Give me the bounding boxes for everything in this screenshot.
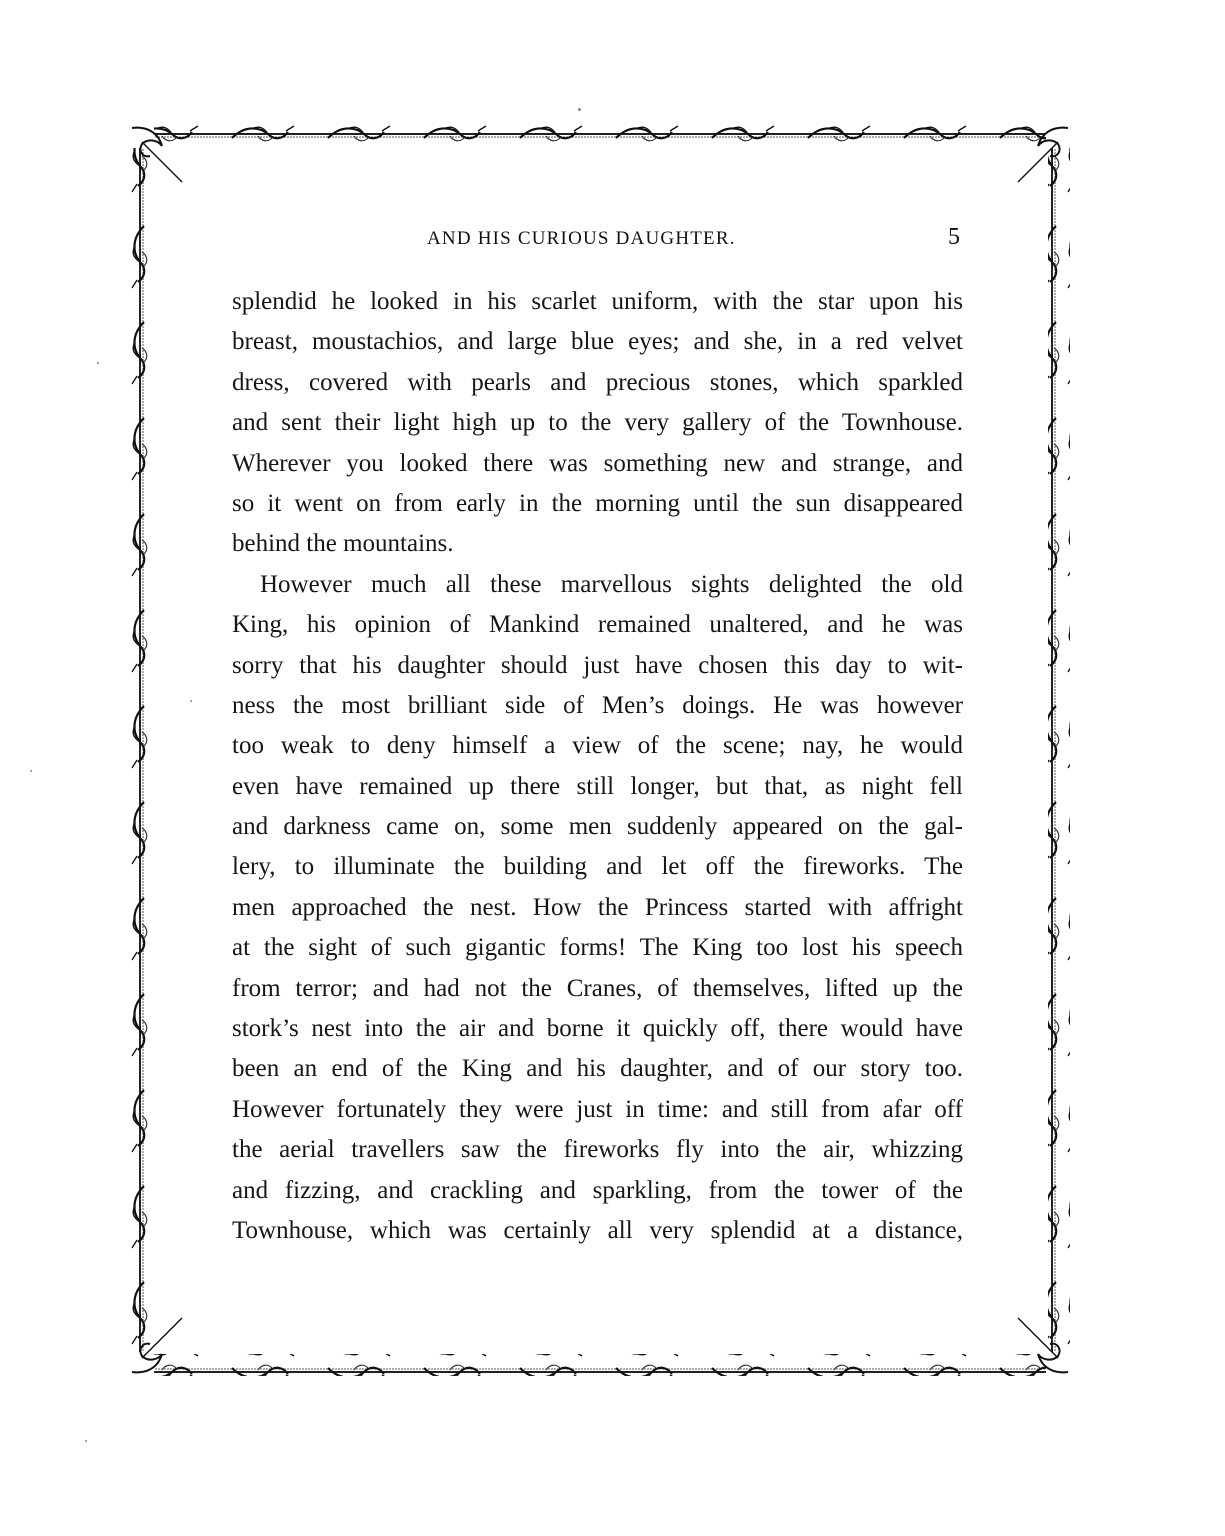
text-line: ness the most brilliant side of Men’s do… <box>232 686 963 726</box>
book-page: AND HIS CURIOUS DAUGHTER. 5 splendid he … <box>0 0 1225 1536</box>
text-line: sorry that his daughter should just have… <box>232 646 963 686</box>
text-line: However much all these marvellous sights… <box>232 565 963 605</box>
running-title: AND HIS CURIOUS DAUGHTER. <box>427 228 736 250</box>
paper-speck <box>190 700 192 702</box>
text-line: men approached the nest. How the Princes… <box>232 888 963 928</box>
text-line: splendid he looked in his scarlet unifor… <box>232 282 963 322</box>
paper-speck <box>578 108 581 111</box>
text-line: the aerial travellers saw the fireworks … <box>232 1130 963 1170</box>
text-line: and sent their light high up to the very… <box>232 403 963 443</box>
text-line: behind the mountains. <box>232 524 963 564</box>
paper-speck <box>30 770 32 772</box>
text-line: King, his opinion of Mankind remained un… <box>232 605 963 645</box>
text-line: too weak to deny himself a view of the s… <box>232 726 963 766</box>
text-line: been an end of the King and his daughter… <box>232 1049 963 1089</box>
text-line: However fortunately they were just in ti… <box>232 1090 963 1130</box>
text-line: Wherever you looked there was something … <box>232 444 963 484</box>
paper-speck <box>85 1440 87 1442</box>
text-line: and fizzing, and crackling and sparkling… <box>232 1171 963 1211</box>
text-line: so it went on from early in the morning … <box>232 484 963 524</box>
text-line: dress, covered with pearls and precious … <box>232 363 963 403</box>
paragraph-2: However much all these marvellous sights… <box>232 565 963 1252</box>
text-line: Townhouse, which was certainly all very … <box>232 1211 963 1251</box>
text-line: breast, moustachios, and large blue eyes… <box>232 322 963 362</box>
body-text: splendid he looked in his scarlet unifor… <box>232 282 963 1251</box>
text-line: stork’s nest into the air and borne it q… <box>232 1009 963 1049</box>
paper-speck <box>97 362 99 364</box>
page-number: 5 <box>948 224 960 251</box>
text-line: from terror; and had not the Cranes, of … <box>232 969 963 1009</box>
text-line: even have remained up there still longer… <box>232 767 963 807</box>
running-head: AND HIS CURIOUS DAUGHTER. 5 <box>232 226 964 256</box>
text-line: at the sight of such gigantic forms! The… <box>232 928 963 968</box>
text-line: lery, to illuminate the building and let… <box>232 847 963 887</box>
paragraph-1: splendid he looked in his scarlet unifor… <box>232 282 963 565</box>
text-line: and darkness came on, some men suddenly … <box>232 807 963 847</box>
